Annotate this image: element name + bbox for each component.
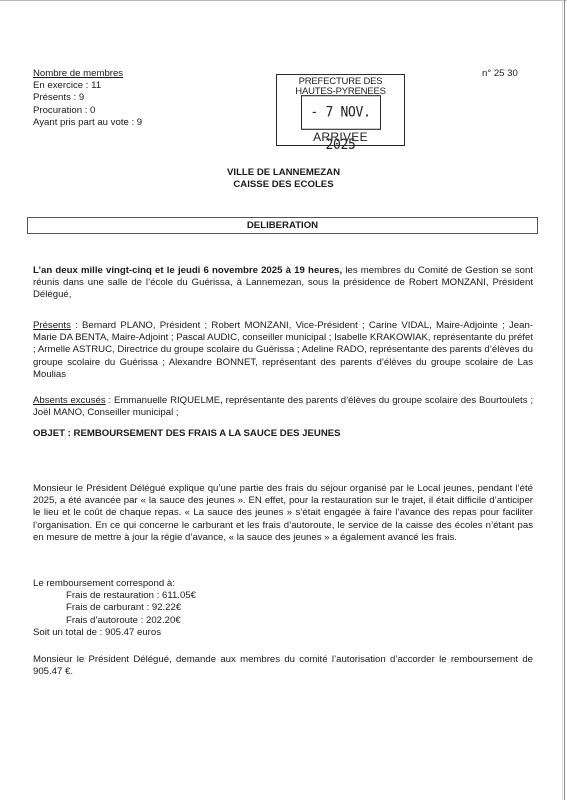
expense-catering: Frais de restauration : 611.05€ (33, 590, 533, 602)
issuing-entity: VILLE DE LANNEMEZAN CAISSE DES ECOLES (0, 167, 567, 191)
entity-city: VILLE DE LANNEMEZAN (0, 167, 567, 179)
subject-heading: OBJET : REMBOURSEMENT DES FRAIS A LA SAU… (33, 428, 533, 440)
meeting-date-bold: L’an deux mille vingt-cinq et le jeudi 6… (33, 265, 342, 276)
authorization-request-paragraph: Monsieur le Président Délégué, demande a… (33, 654, 533, 678)
stamp-date: - 7 NOV. 2025 (301, 95, 381, 130)
attendees-label: Présents (33, 320, 71, 331)
entity-organization: CAISSE DES ECOLES (0, 179, 567, 191)
reimbursement-breakdown: Le remboursement correspond à: Frais de … (33, 578, 533, 639)
expense-tolls: Frais d’autoroute : 202.20€ (33, 615, 533, 627)
scan-edge-right (564, 0, 565, 800)
attendees-list: : Bernard PLANO, Président ; Robert MONZ… (33, 320, 533, 380)
absentees-label: Absents excusés (33, 395, 106, 406)
absentees-paragraph: Absents excusés : Emmanuelle RIQUELME, r… (33, 395, 533, 419)
scan-edge-top (0, 0, 567, 1)
member-count-heading: Nombre de membres (33, 68, 142, 80)
absentees-list: : Emmanuelle RIQUELME, représentante des… (33, 395, 533, 418)
reimbursement-total: Soit un total de : 905.47 euros (33, 627, 533, 639)
members-proxy: Procuration : 0 (33, 105, 142, 117)
members-present: Présents : 9 (33, 92, 142, 104)
attendees-paragraph: Présents : Bernard PLANO, Président ; Ro… (33, 320, 533, 381)
member-count-block: Nombre de membres En exercice : 11 Prése… (33, 68, 142, 129)
scan-edge-right-shadow (562, 0, 563, 800)
explanation-paragraph: Monsieur le Président Délégué explique q… (33, 483, 533, 544)
document-title: DELIBERATION (27, 217, 538, 234)
members-in-office: En exercice : 11 (33, 80, 142, 92)
expense-fuel: Frais de carburant : 92.22€ (33, 602, 533, 614)
prefecture-stamp: PREFECTURE DES HAUTES-PYRENEES - 7 NOV. … (276, 74, 405, 146)
meeting-intro-paragraph: L’an deux mille vingt-cinq et le jeudi 6… (33, 265, 533, 302)
members-voted: Ayant pris part au vote : 9 (33, 117, 142, 129)
deliberation-reference-number: n° 25 30 (482, 68, 518, 80)
reimbursement-intro: Le remboursement correspond à: (33, 578, 533, 590)
